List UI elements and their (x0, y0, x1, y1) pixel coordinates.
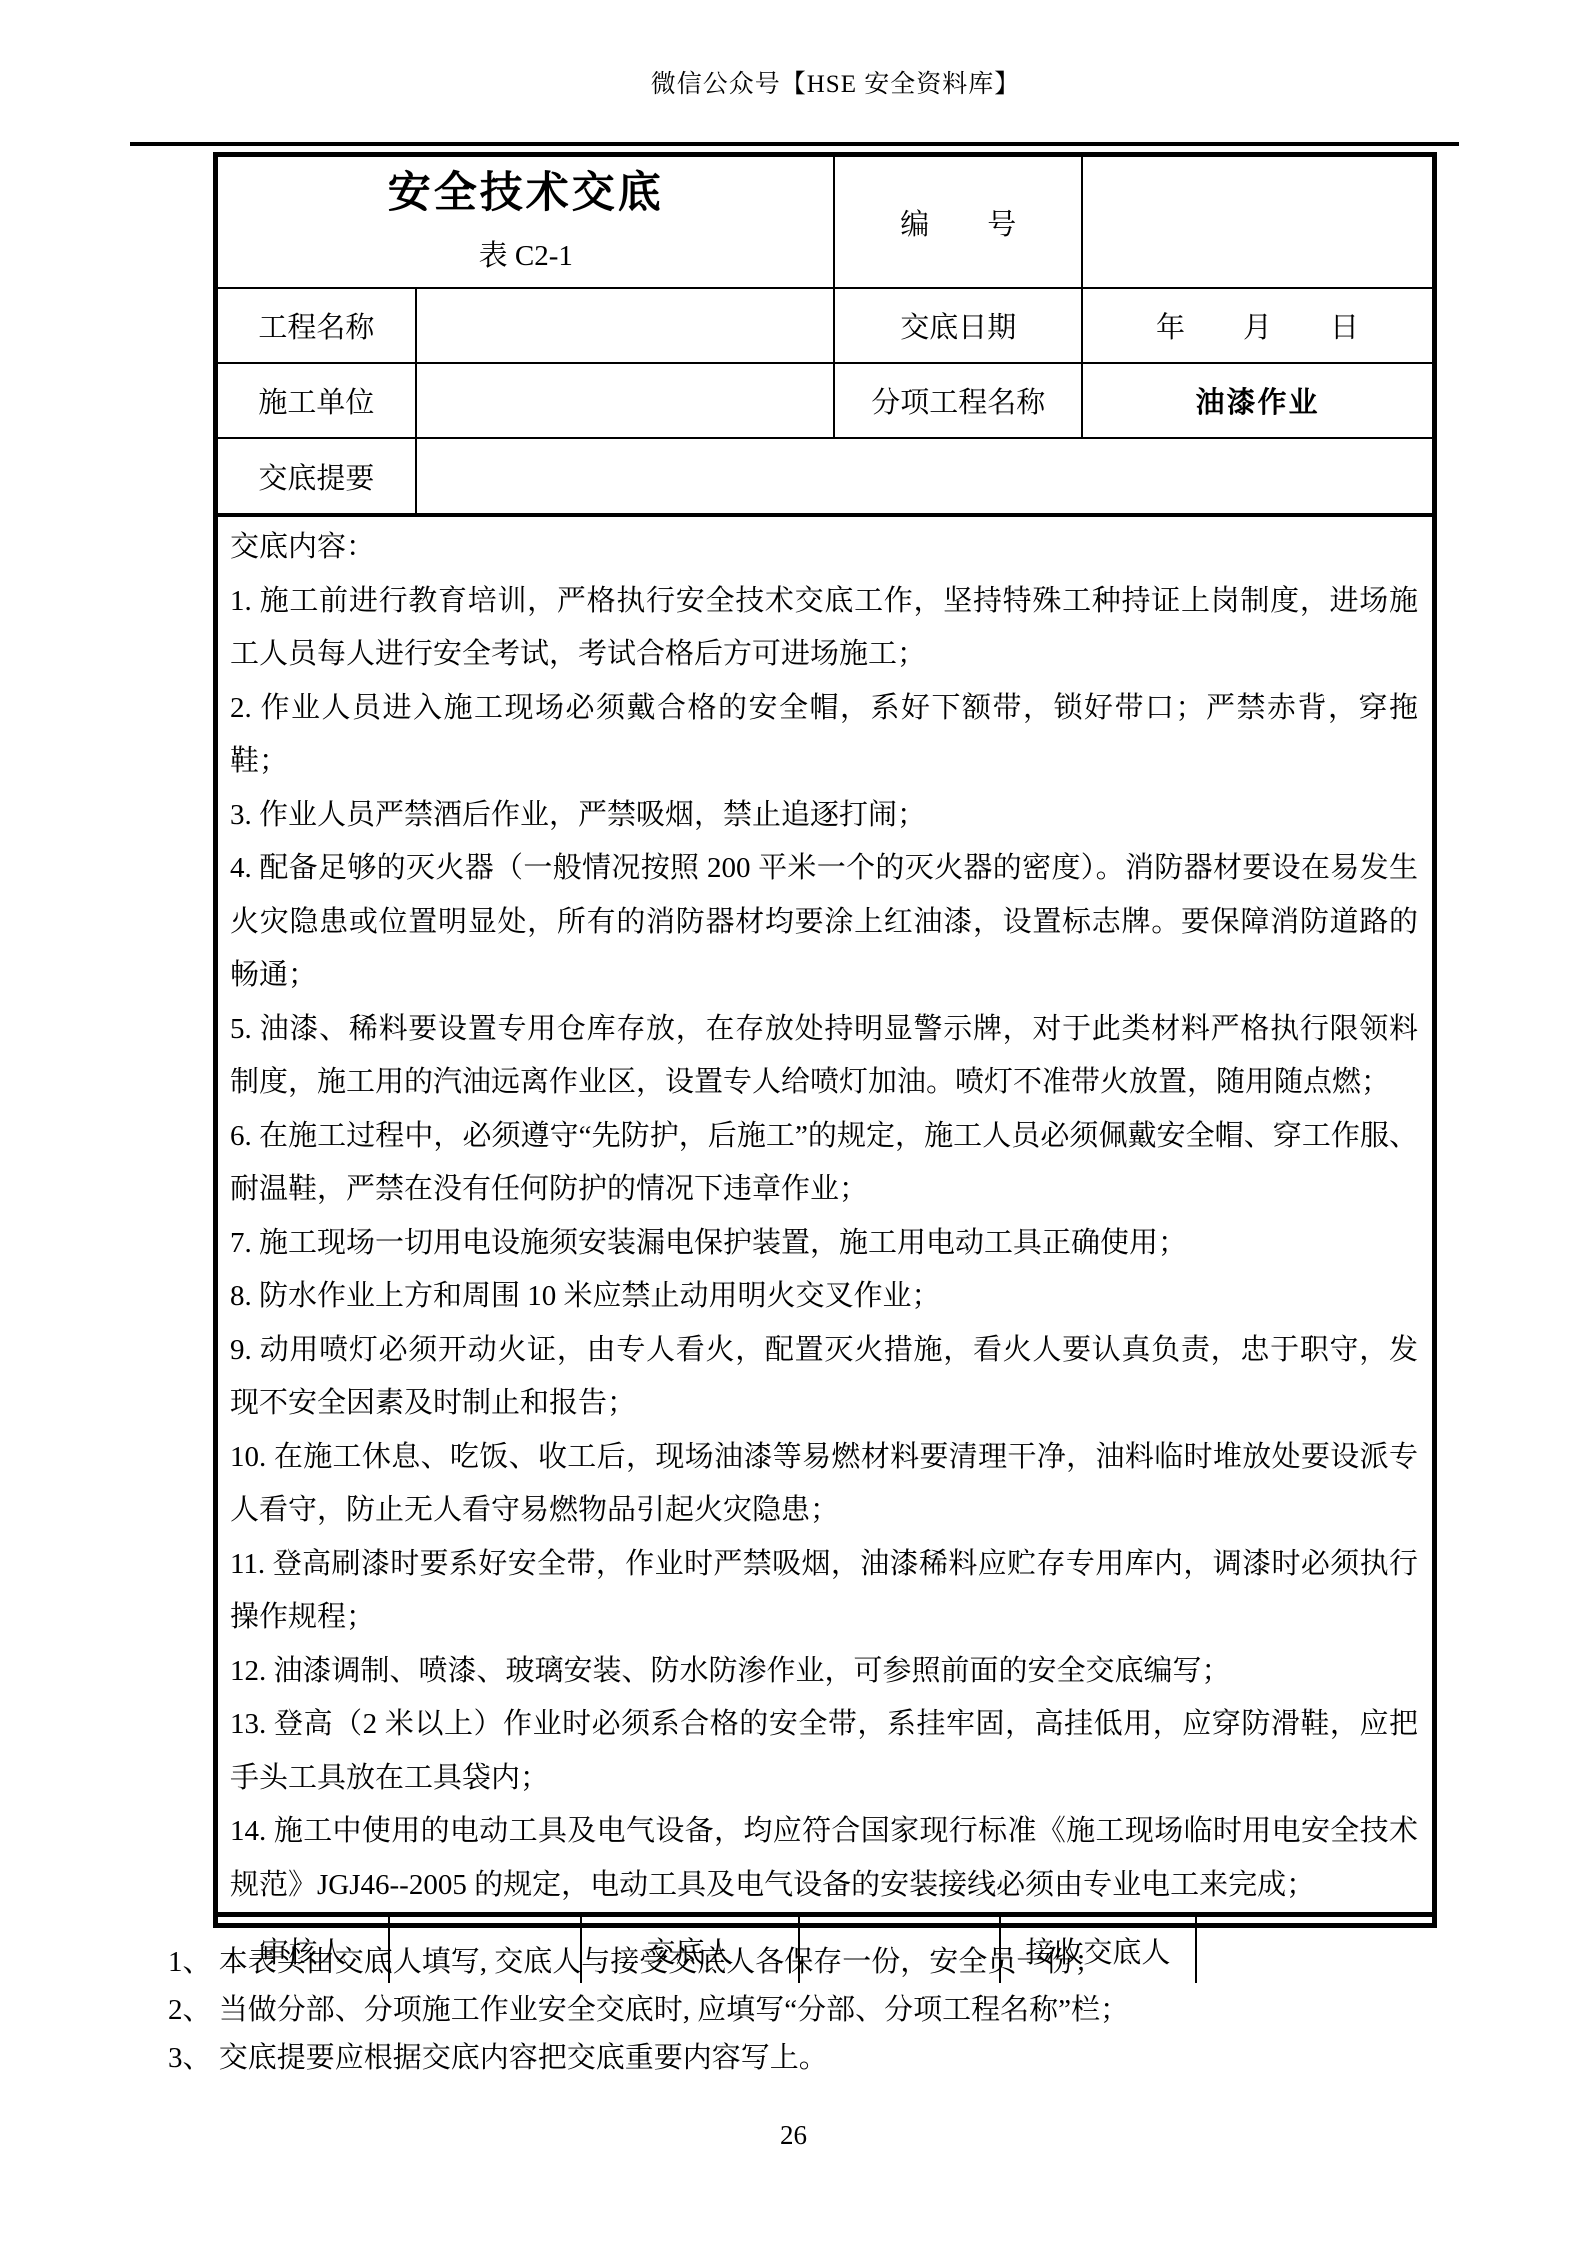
sub-project-value: 油漆作业 (1081, 364, 1432, 437)
form-code: 表 C2-1 (479, 233, 573, 274)
content-item: 2. 作业人员进入施工现场必须戴合格的安全帽，系好下额带，锁好带口；严禁赤背，穿… (230, 682, 1418, 789)
wechat-account-header: 微信公众号【HSE 安全资料库】 (0, 64, 1587, 100)
footnote: 1、 本表头由交底人填写, 交底人与接受交底人各保存一份，安全员一份； (168, 1938, 1448, 1986)
content-item: 1. 施工前进行教育培训，严格执行安全技术交底工作，坚持特殊工种持证上岗制度，进… (230, 575, 1418, 682)
project-name-value-field (415, 289, 834, 362)
footnotes: 1、 本表头由交底人填写, 交底人与接受交底人各保存一份，安全员一份； 2、 当… (168, 1938, 1448, 2082)
summary-value-field (415, 439, 1432, 513)
disclosure-content: 交底内容： 1. 施工前进行教育培训，严格执行安全技术交底工作，坚持特殊工种持证… (218, 517, 1432, 1912)
footnote: 2、 当做分部、分项施工作业安全交底时, 应填写“分部、分项工程名称”栏； (168, 1986, 1448, 2034)
header-divider-rule (130, 142, 1459, 146)
date-value-field: 年 月 日 (1081, 289, 1432, 362)
footnote: 3、 交底提要应根据交底内容把交底重要内容写上。 (168, 2034, 1448, 2082)
summary-row: 交底提要 (218, 437, 1432, 513)
content-heading: 交底内容： (230, 521, 1418, 575)
content-item: 5. 油漆、稀料要设置专用仓库存放，在存放处持明显警示牌，对于此类材料严格执行限… (230, 1003, 1418, 1110)
content-item: 4. 配备足够的灭火器（一般情况按照 200 平米一个的灭火器的密度）。消防器材… (230, 842, 1418, 1003)
content-item: 3. 作业人员严禁酒后作业，严禁吸烟，禁止追逐打闹； (230, 789, 1418, 843)
date-label: 交底日期 (833, 289, 1081, 362)
construction-unit-row: 施工单位 分项工程名称 油漆作业 (218, 362, 1432, 437)
project-name-row: 工程名称 交底日期 年 月 日 (218, 287, 1432, 362)
content-item: 12. 油漆调制、喷漆、玻璃安装、防水防渗作业，可参照前面的安全交底编写； (230, 1645, 1418, 1699)
construction-unit-value-field (415, 364, 834, 437)
safety-disclosure-form-table: 安全技术交底 表 C2-1 编 号 工程名称 交底日期 年 月 日 施工单位 分… (213, 152, 1437, 1928)
content-row: 交底内容： 1. 施工前进行教育培训，严格执行安全技术交底工作，坚持特殊工种持证… (218, 513, 1432, 1912)
title-row: 安全技术交底 表 C2-1 编 号 (218, 157, 1432, 287)
content-item: 6. 在施工过程中，必须遵守“先防护，后施工”的规定，施工人员必须佩戴安全帽、穿… (230, 1110, 1418, 1217)
construction-unit-label: 施工单位 (218, 364, 415, 437)
number-label: 编 号 (833, 157, 1081, 287)
content-item: 13. 登高（2 米以上）作业时必须系合格的安全带，系挂牢固，高挂低用，应穿防滑… (230, 1698, 1418, 1805)
content-item: 7. 施工现场一切用电设施须安装漏电保护装置，施工用电动工具正确使用； (230, 1217, 1418, 1271)
document-page: 微信公众号【HSE 安全资料库】 安全技术交底 表 C2-1 编 号 工程名称 … (0, 0, 1587, 2245)
number-value-field (1081, 157, 1432, 287)
page-number: 26 (0, 2120, 1587, 2151)
content-item: 8. 防水作业上方和周围 10 米应禁止动用明火交叉作业； (230, 1270, 1418, 1324)
content-item: 10. 在施工休息、吃饭、收工后，现场油漆等易燃材料要清理干净，油料临时堆放处要… (230, 1431, 1418, 1538)
sub-project-label: 分项工程名称 (833, 364, 1081, 437)
form-title: 安全技术交底 (388, 170, 664, 217)
summary-label: 交底提要 (218, 439, 415, 513)
form-title-cell: 安全技术交底 表 C2-1 (218, 157, 833, 287)
content-item: 11. 登高刷漆时要系好安全带，作业时严禁吸烟，油漆稀料应贮存专用库内，调漆时必… (230, 1538, 1418, 1645)
content-item: 14. 施工中使用的电动工具及电气设备，均应符合国家现行标准《施工现场临时用电安… (230, 1805, 1418, 1912)
project-name-label: 工程名称 (218, 289, 415, 362)
content-item: 9. 动用喷灯必须开动火证，由专人看火，配置灭火措施，看火人要认真负责，忠于职守… (230, 1324, 1418, 1431)
